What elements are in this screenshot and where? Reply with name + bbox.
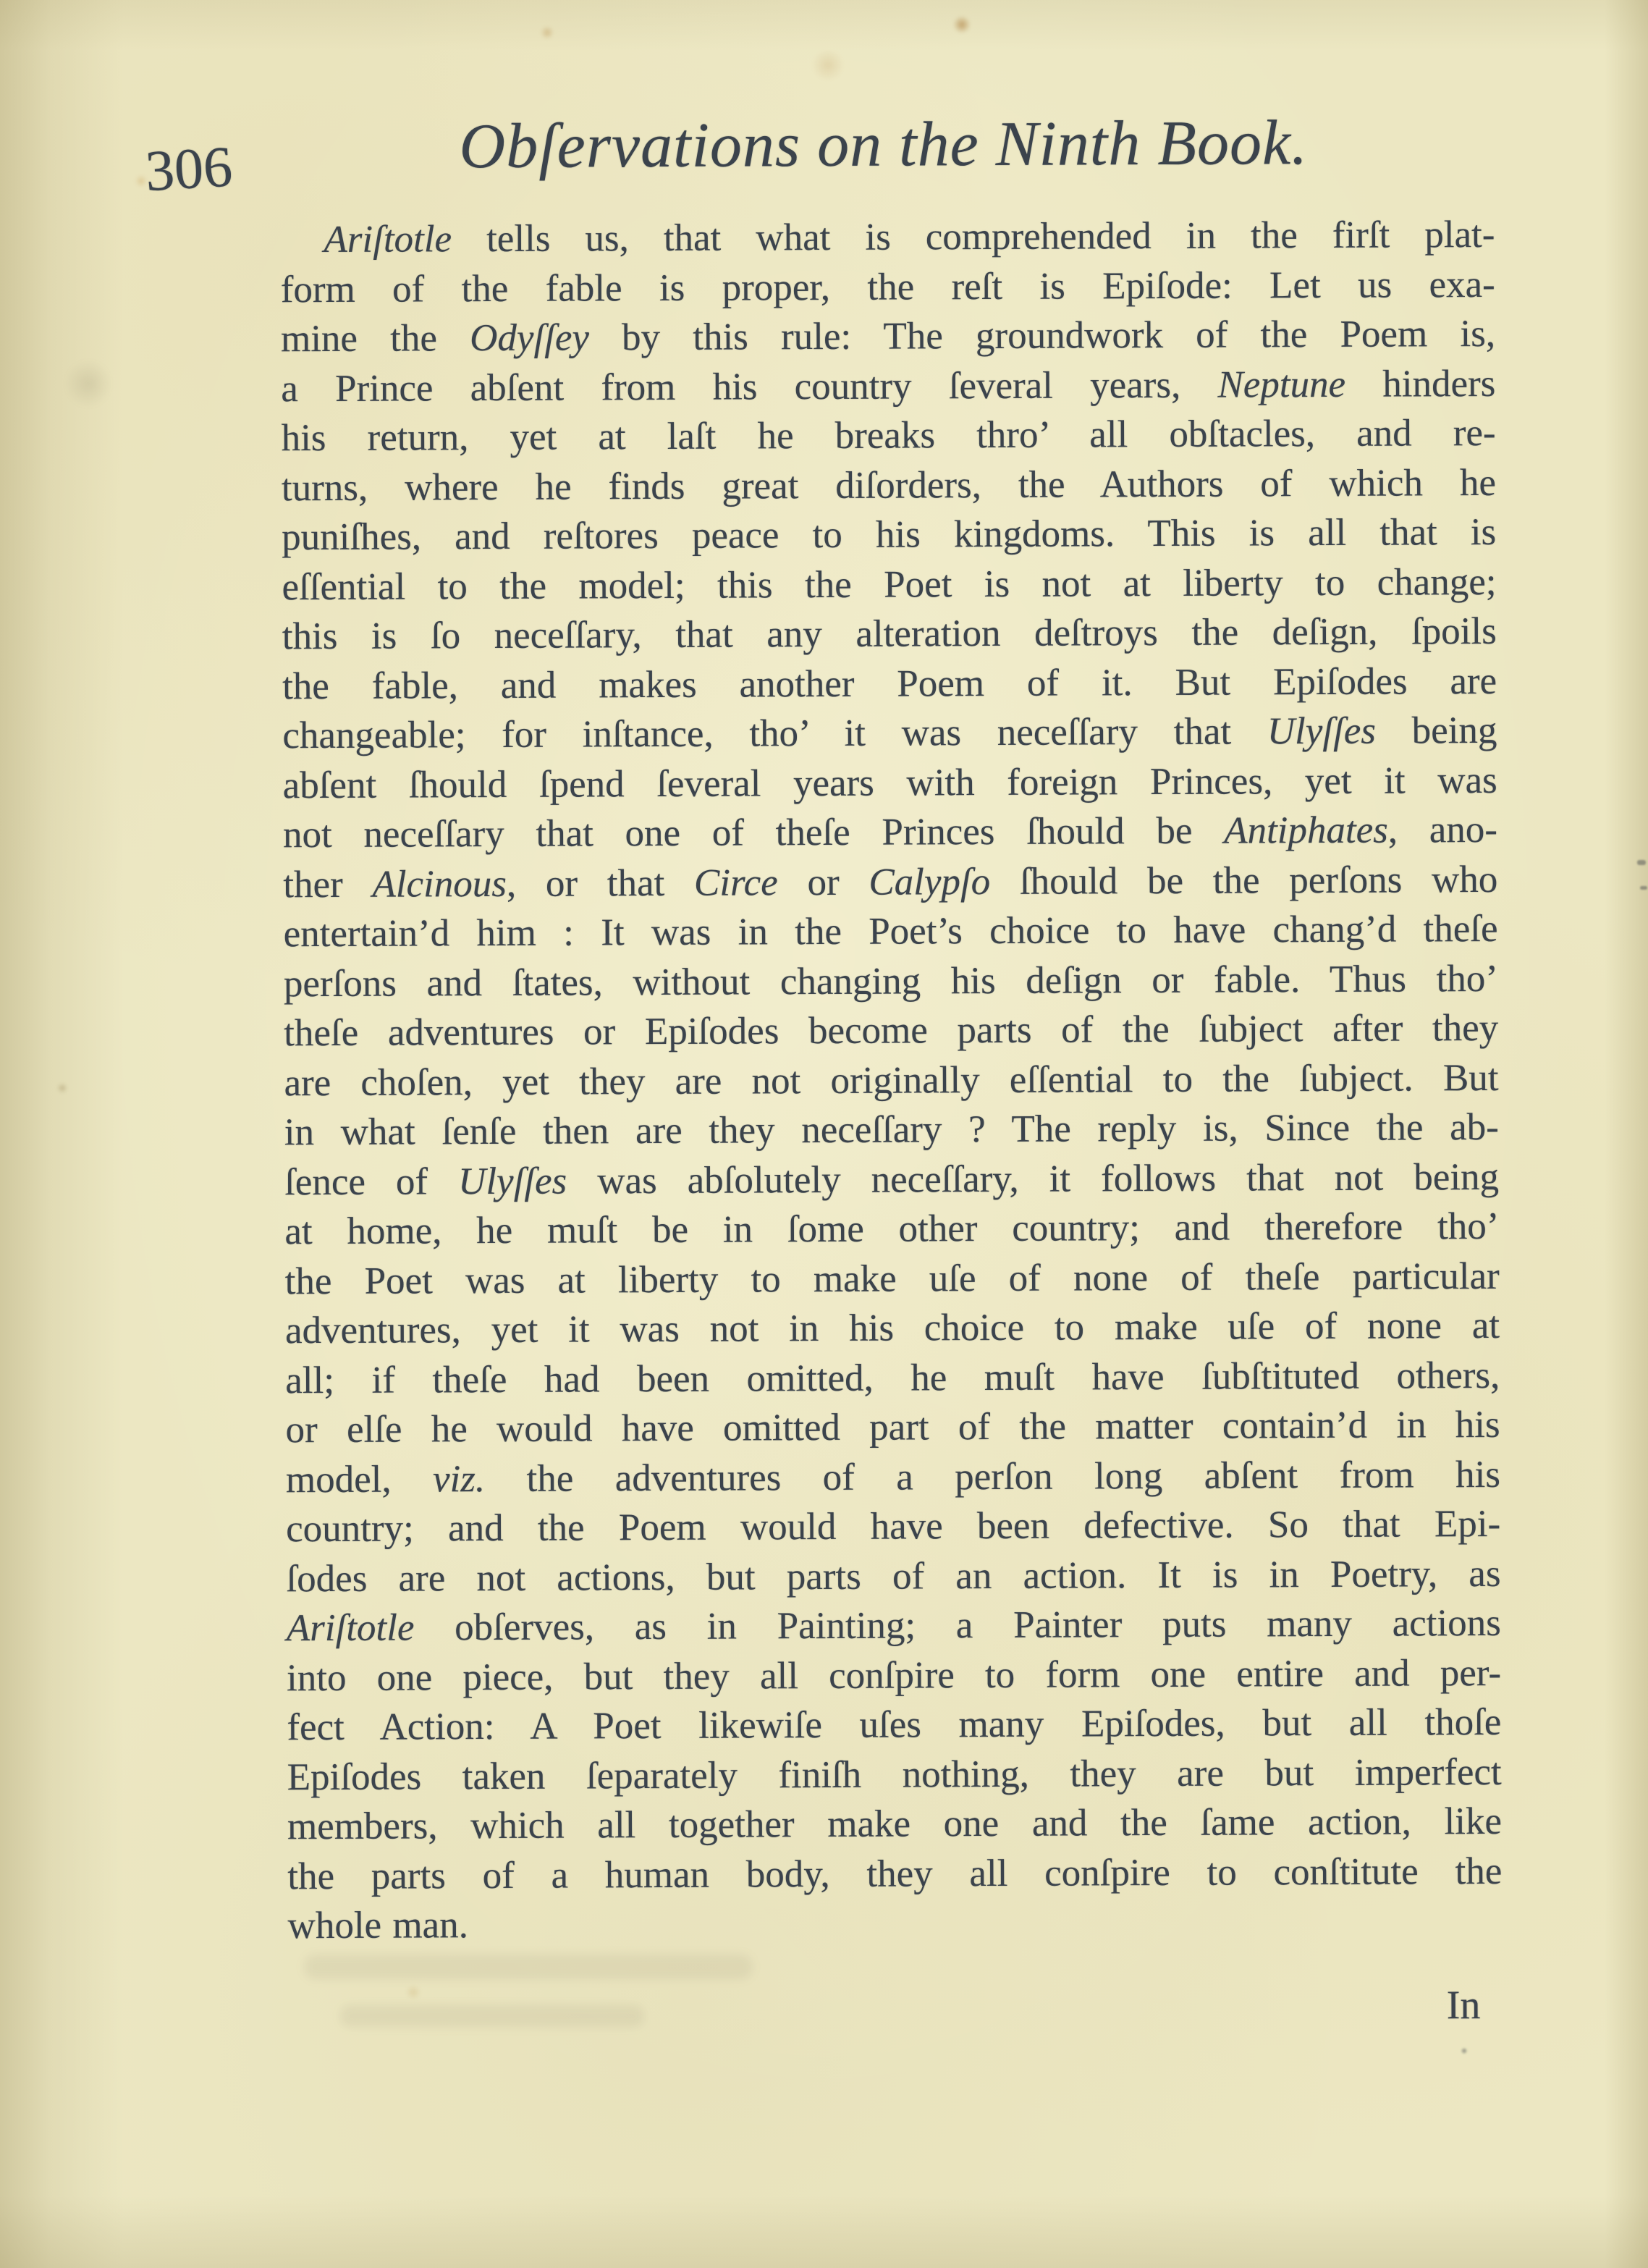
text-line: at home, he muſt be in ſome other countr…	[284, 1202, 1499, 1257]
text-line: mine the Odyſſey by this rule: The groun…	[281, 309, 1495, 364]
text-line: or elſe he would have omitted part of th…	[285, 1400, 1500, 1455]
paper-stain	[952, 16, 971, 33]
paper-stain	[135, 175, 148, 187]
text-line: ſodes are not actions, but parts of an a…	[286, 1548, 1500, 1603]
paper-stain	[56, 1083, 68, 1093]
page-number: 306	[144, 135, 234, 206]
text-line: turns, where he finds great diſorders, t…	[282, 458, 1496, 513]
text-line: model, viz. the adventures of a perſon l…	[286, 1449, 1500, 1504]
text-line: a Prince abſent from his country ſeveral…	[281, 358, 1495, 413]
text-line: this is ſo neceſſary, that any alteratio…	[282, 607, 1497, 662]
text-line: his return, yet at laſt he breaks thro’ …	[281, 408, 1495, 463]
text-line: fect Action: A Poet likewiſe uſes many E…	[287, 1698, 1501, 1753]
book-page: 306 Obſervations on the Ninth Book. Ariſ…	[0, 0, 1648, 2268]
paper-stain	[405, 1985, 421, 1999]
text-line: all; if theſe had been omitted, he muſt …	[285, 1350, 1500, 1405]
text-line: Ariſtotle obſerves, as in Painting; a Pa…	[287, 1598, 1501, 1653]
text-line: members, which all together make one and…	[287, 1797, 1502, 1852]
text-line: perſons and ſtates, without changing his…	[284, 953, 1498, 1008]
paper-stain	[67, 358, 110, 409]
text-line: into one piece, but they all conſpire to…	[287, 1648, 1501, 1703]
text-line: ther Alcinous, or that Circe or Calypſo …	[283, 854, 1497, 909]
ink-showthrough	[304, 1955, 753, 1979]
text-line: are choſen, yet they are not originally …	[284, 1053, 1498, 1108]
text-line: in what ſenſe then are they neceſſary ? …	[284, 1103, 1499, 1158]
text-line: the fable, and makes another Poem of it.…	[282, 656, 1497, 711]
text-line: abſent ſhould ſpend ſeveral years with f…	[283, 755, 1497, 810]
text-line: whole man.	[287, 1896, 1502, 1951]
text-line: Ariſtotle tells us, that what is compreh…	[280, 210, 1495, 265]
text-line: the parts of a human body, they all conſ…	[287, 1846, 1502, 1901]
text-line: not neceſſary that one of theſe Princes …	[283, 805, 1497, 860]
paper-stain	[1461, 2047, 1468, 2054]
text-line: adventures, yet it was not in his choice…	[285, 1301, 1500, 1356]
text-line: theſe adventures or Epiſodes become part…	[284, 1003, 1498, 1058]
page-edge-mark	[1637, 860, 1646, 865]
text-line: Epiſodes taken ſeparately finiſh nothing…	[287, 1747, 1502, 1802]
text-line: eſſential to the model; this the Poet is…	[282, 557, 1496, 612]
text-line: form of the fable is proper, the reſt is…	[281, 259, 1495, 314]
paper-stain	[540, 26, 554, 39]
text-line: ſence of Ulyſſes was abſolutely neceſſar…	[284, 1152, 1499, 1207]
text-line: the Poet was at liberty to make uſe of n…	[285, 1251, 1500, 1306]
body-text: Ariſtotle tells us, that what is compreh…	[280, 210, 1502, 1951]
text-line: entertain’d him : It was in the Poet’s c…	[283, 904, 1497, 959]
running-title: Obſervations on the Ninth Book.	[269, 106, 1499, 184]
text-line: country; and the Poem would have been de…	[286, 1499, 1500, 1554]
page-edge-mark	[1640, 886, 1647, 890]
text-line: changeable; for inſtance, tho’ it was ne…	[282, 706, 1497, 761]
text-line: puniſhes, and reſtores peace to his king…	[282, 507, 1496, 562]
page-content: 306 Obſervations on the Ninth Book. Ariſ…	[0, 0, 1648, 2268]
paper-stain	[811, 51, 845, 80]
catchword: In	[1413, 1982, 1514, 2029]
ink-showthrough	[340, 2005, 644, 2027]
